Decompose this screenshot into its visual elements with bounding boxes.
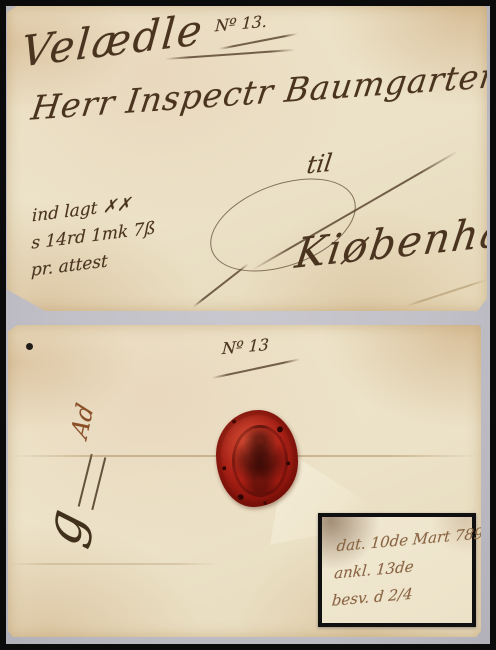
seal-coat-of-arms (232, 425, 288, 497)
rotated-rate-mark: g (33, 502, 97, 551)
docket-underline-flourish (219, 33, 298, 50)
wax-seal-icon (216, 410, 298, 507)
salutation-script: Velædle (20, 4, 206, 76)
back-docket-number: Nº 13 (222, 335, 270, 358)
corner-fold-crease (405, 279, 487, 307)
docket-inset-box: dat. 10de Mart 789 ankl. 13de besv. d 2/… (318, 513, 476, 627)
letter-back-photo: Nº 13 Ad g dat. 10de Mart 789 ankl. 13de… (8, 325, 481, 637)
tally-strokes (78, 454, 107, 510)
docket-annotations: dat. 10de Mart 789 ankl. 13de besv. d 2/… (331, 520, 485, 615)
flourish-downstroke (193, 263, 249, 307)
preposition-script: til (305, 148, 334, 179)
docket-underline-flourish (212, 358, 300, 378)
postal-notation-block: ind lagt ✗✗ s 14rd 1mk 7ß pr. attest (31, 188, 156, 285)
photo-frame: Nº 13. Velædle Herr Inspectr Baumgarten … (0, 0, 496, 650)
faint-fold-crease (8, 563, 218, 565)
punch-hole-dot (26, 343, 33, 350)
rotated-ink-mark: Ad (66, 400, 99, 443)
front-docket-number: Nº 13. (215, 12, 268, 36)
letter-front-photo: Nº 13. Velædle Herr Inspectr Baumgarten … (7, 6, 487, 311)
